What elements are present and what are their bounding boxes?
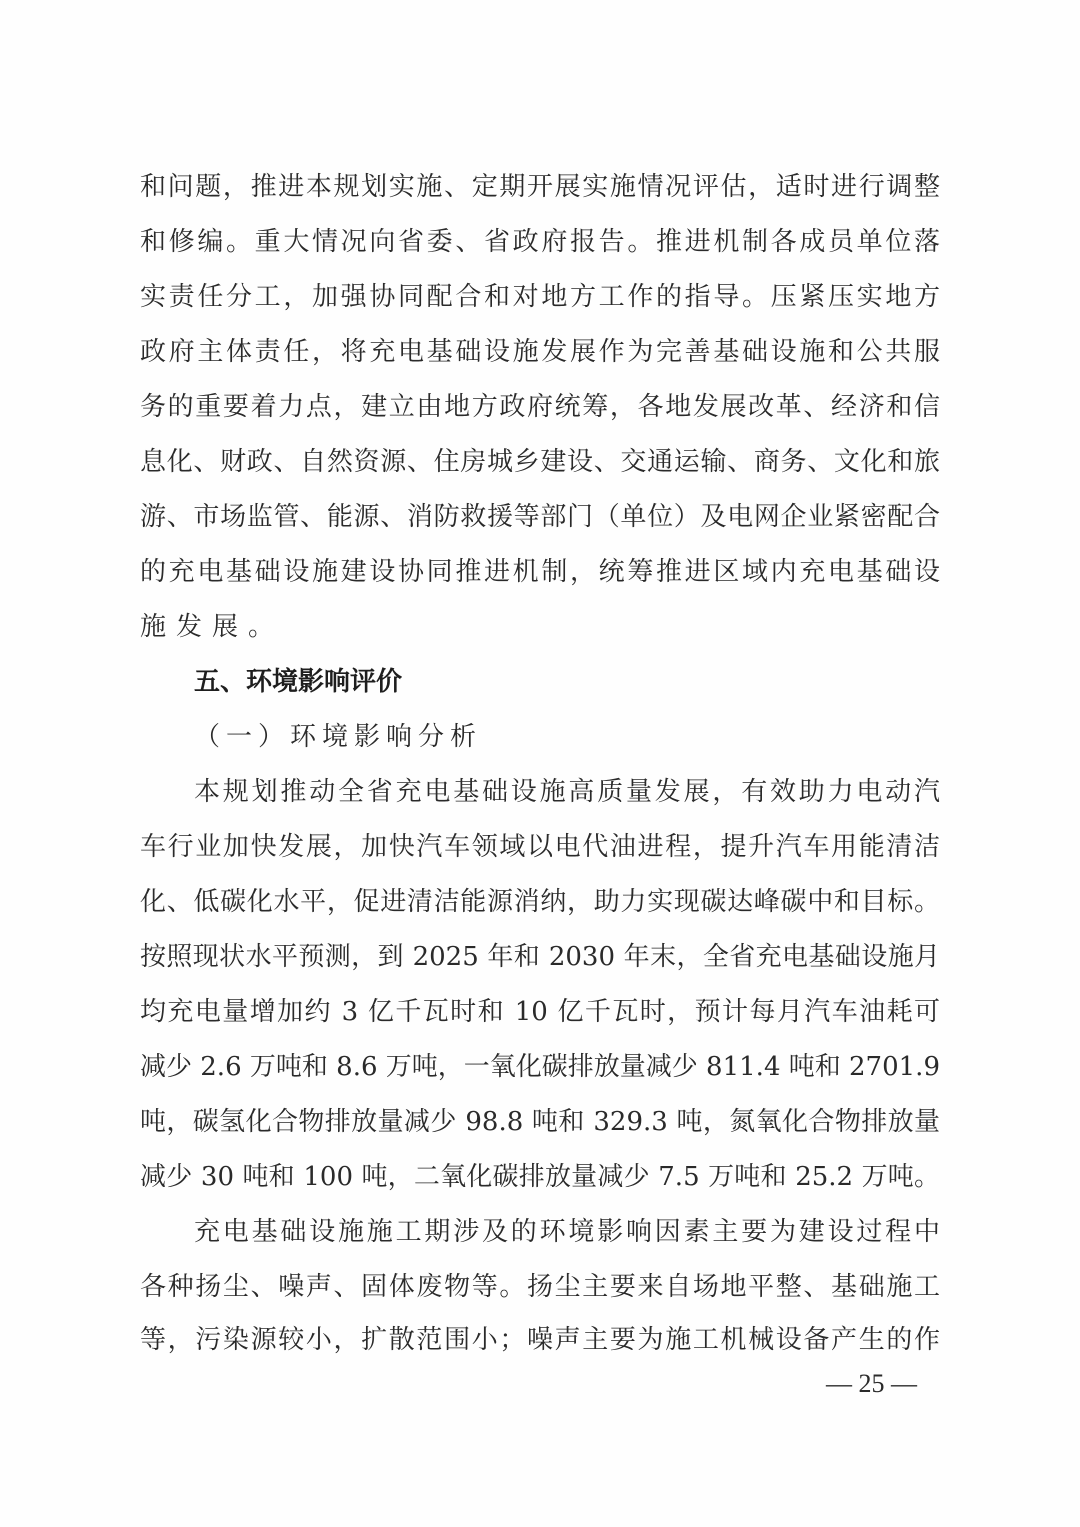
text-line: 息化、财政、自然资源、住房城乡建设、交通运输、商务、文化和旅: [140, 440, 940, 484]
text-line: 吨，碳氢化合物排放量减少 98.8 吨和 329.3 吨，氮氧化合物排放量: [140, 1100, 940, 1144]
section-heading: 五、环境影响评价: [194, 660, 402, 704]
text-line: 化、低碳化水平，促进清洁能源消纳，助力实现碳达峰碳中和目标。: [140, 880, 940, 924]
text-line: 务的重要着力点，建立由地方政府统筹，各地发展改革、经济和信: [140, 385, 940, 429]
text-line: 施发展。: [140, 605, 940, 649]
text-line: 充电基础设施施工期涉及的环境影响因素主要为建设过程中: [194, 1210, 940, 1254]
page-number: — 25 —: [826, 1366, 917, 1402]
text-line: 减少 30 吨和 100 吨，二氧化碳排放量减少 7.5 万吨和 25.2 万吨…: [140, 1155, 940, 1199]
subsection-heading: （一）环境影响分析: [194, 715, 482, 759]
text-line: 实责任分工，加强协同配合和对地方工作的指导。压紧压实地方: [140, 275, 940, 319]
text-line: 的充电基础设施建设协同推进机制，统筹推进区域内充电基础设: [140, 550, 940, 594]
text-line: 本规划推动全省充电基础设施高质量发展，有效助力电动汽: [194, 770, 940, 814]
document-page: 和问题，推进本规划实施、定期开展实施情况评估，适时进行调整 和修编。重大情况向省…: [0, 0, 1080, 1527]
text-line: 按照现状水平预测，到 2025 年和 2030 年末，全省充电基础设施月: [140, 935, 940, 979]
text-line: 政府主体责任，将充电基础设施发展作为完善基础设施和公共服: [140, 330, 940, 374]
text-line: 等，污染源较小，扩散范围小；噪声主要为施工机械设备产生的作: [140, 1318, 940, 1362]
text-line: 减少 2.6 万吨和 8.6 万吨，一氧化碳排放量减少 811.4 吨和 270…: [140, 1045, 940, 1089]
text-line: 和修编。重大情况向省委、省政府报告。推进机制各成员单位落: [140, 220, 940, 264]
text-line: 游、市场监管、能源、消防救援等部门（单位）及电网企业紧密配合: [140, 495, 940, 539]
text-line: 车行业加快发展，加快汽车领域以电代油进程，提升汽车用能清洁: [140, 825, 940, 869]
text-line: 均充电量增加约 3 亿千瓦时和 10 亿千瓦时，预计每月汽车油耗可: [140, 990, 940, 1034]
text-line: 和问题，推进本规划实施、定期开展实施情况评估，适时进行调整: [140, 165, 940, 209]
text-line: 各种扬尘、噪声、固体废物等。扬尘主要来自场地平整、基础施工: [140, 1265, 940, 1309]
